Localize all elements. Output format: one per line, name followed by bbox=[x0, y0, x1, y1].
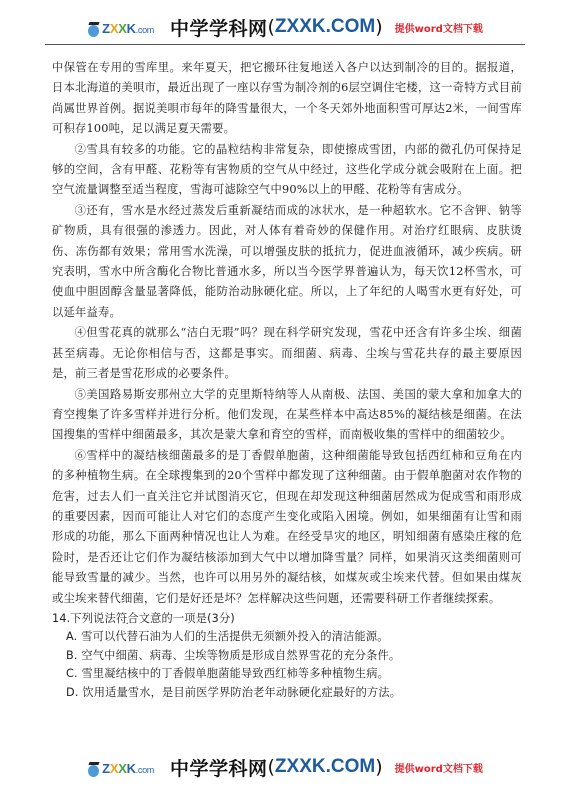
option-c[interactable]: C. 雪里凝结核中的丁香假单胞菌能导致西红柿等多种植物生病。 bbox=[52, 665, 522, 684]
option-b[interactable]: B. 空气中细菌、病毒、尘埃等物质是形成自然界雪花的充分条件。 bbox=[52, 647, 522, 666]
site-name: 中学学科网 bbox=[170, 754, 268, 781]
option-d[interactable]: D. 饮用适量雪水，是目前医学界防治老年动脉硬化症最好的方法。 bbox=[52, 684, 522, 703]
document-body: 中保管在专用的雪库里。来年夏天，把它搬环往复地送入各户以达到制冷的目的。据报道，… bbox=[52, 58, 522, 702]
question-prompt: 14.下列说法符合文意的一项是(3分) bbox=[52, 610, 522, 629]
question-14: 14.下列说法符合文意的一项是(3分) A. 雪可以代替石油为人们的生活提供无须… bbox=[52, 610, 522, 703]
emphasized-word: 符合 bbox=[116, 612, 139, 625]
paragraph-3: ③还有，雪水是水经过蒸发后重新凝结而成的冰状水，是一种超软水。它不含钾、钠等矿物… bbox=[52, 201, 522, 323]
option-text: 空气中细菌、病毒、尘埃等物质是形成自然界雪花的充分条件。 bbox=[81, 649, 400, 662]
header-divider bbox=[45, 44, 525, 45]
graduate-mascot-icon bbox=[87, 762, 101, 778]
paragraph-1-continued: 中保管在专用的雪库里。来年夏天，把它搬环往复地送入各户以达到制冷的目的。据报道，… bbox=[52, 58, 522, 140]
paren-open: ( bbox=[268, 16, 275, 38]
graduate-mascot-icon bbox=[87, 22, 101, 38]
paragraph-4: ④但雪花真的就那么“洁白无瑕”吗？现在科学研究发现，雪花中还含有许多尘埃、细菌甚… bbox=[52, 323, 522, 384]
option-text: 饮用适量雪水，是目前医学界防治老年动脉硬化症最好的方法。 bbox=[82, 686, 401, 699]
question-number: 14. bbox=[52, 612, 70, 625]
prompt-after: 文意的一项是(3分) bbox=[139, 612, 235, 625]
paragraph-6: ⑥雪样中的凝结核细菌最多的是丁香假单胞菌，这种细菌能导致包括西红柿和豆角在内的多… bbox=[52, 446, 522, 609]
site-domain-link[interactable]: ZXXK.COM bbox=[275, 756, 375, 778]
option-label: C. bbox=[66, 667, 78, 680]
zxxk-logo[interactable]: ZXXK.com bbox=[87, 16, 154, 38]
option-a[interactable]: A. 雪可以代替石油为人们的生活提供无须额外投入的清洁能源。 bbox=[52, 628, 522, 647]
header-banner: ZXXK.com 中学学科网 ( ZXXK.COM ) 提供word文档下载 bbox=[0, 12, 570, 42]
paragraph-2: ②雪具有较多的功能。它的晶粒结构非常复杂，即使擦成雪团，内部的微孔仍可保持足够的… bbox=[52, 140, 522, 201]
download-tagline[interactable]: 提供word文档下载 bbox=[395, 760, 483, 775]
download-tagline[interactable]: 提供word文档下载 bbox=[395, 20, 483, 35]
paren-close: ) bbox=[375, 16, 382, 38]
logo-wordmark: ZXXK.com bbox=[102, 21, 154, 38]
paren-close: ) bbox=[375, 756, 382, 778]
paragraph-5: ⑤美国路易斯安那州立大学的克里斯特纳等人从南极、法国、美国的蒙大拿和加拿大的育空… bbox=[52, 385, 522, 446]
footer-banner: ZXXK.com 中学学科网 ( ZXXK.COM ) 提供word文档下载 bbox=[0, 752, 570, 782]
option-label: D. bbox=[66, 686, 79, 699]
site-name: 中学学科网 bbox=[170, 14, 268, 41]
option-label: A. bbox=[66, 630, 77, 643]
option-text: 雪里凝结核中的丁香假单胞菌能导致西红柿等多种植物生病。 bbox=[82, 667, 389, 680]
logo-wordmark: ZXXK.com bbox=[102, 761, 154, 778]
option-label: B. bbox=[66, 649, 78, 662]
site-domain-link[interactable]: ZXXK.COM bbox=[275, 16, 375, 38]
paren-open: ( bbox=[268, 756, 275, 778]
prompt-before: 下列说法 bbox=[70, 612, 116, 625]
zxxk-logo[interactable]: ZXXK.com bbox=[87, 756, 154, 778]
